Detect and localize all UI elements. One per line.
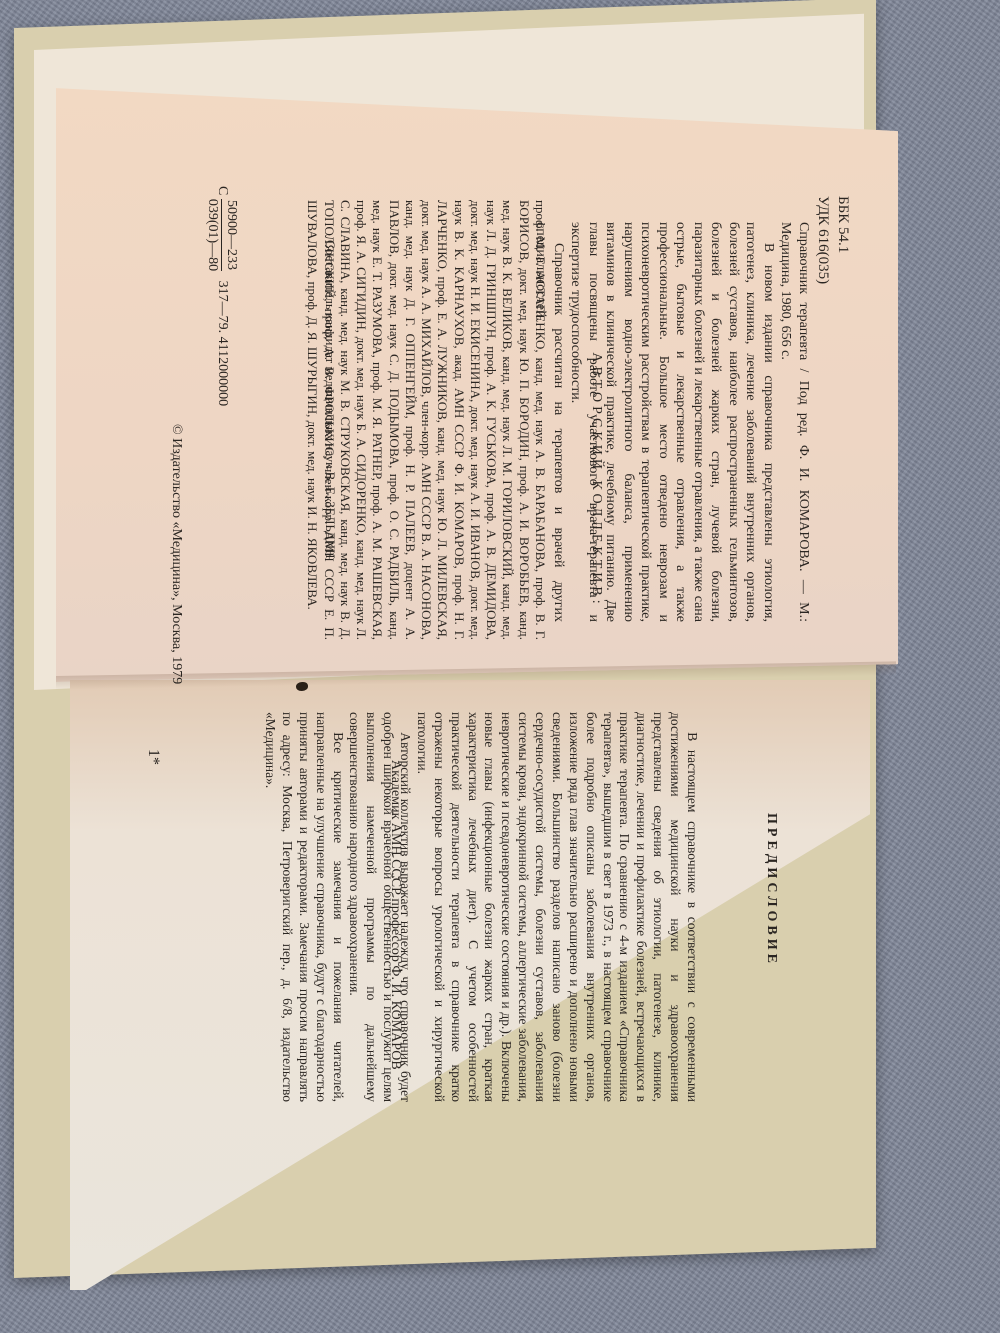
compiler-line: Составитель кандидат медицинских наук В.… <box>322 240 338 620</box>
bbk-code: ББК 54.1 <box>833 196 852 253</box>
code-tail: 317—79. 4112000000 <box>215 281 230 406</box>
code-fraction: 50900—233 039(01)—80 <box>204 199 240 271</box>
foreword-signature: Академик АМН СССР профессор Ф. И. КОМАРО… <box>387 760 405 1120</box>
foreword-heading: ПРЕДИСЛОВИЕ <box>763 770 781 1010</box>
code-denominator: 039(01)—80 <box>204 199 222 271</box>
code-letter: С <box>215 186 230 195</box>
annotation-block: Справочник терапевта / Под ред. Ф. И. КО… <box>532 222 812 622</box>
foreword-body: В настоящем справочнике в соответствии с… <box>261 712 700 1102</box>
udk-code: УДК 616(035) <box>813 196 832 284</box>
foreword-paragraph: В настоящем справочнике в соответствии с… <box>413 712 700 1102</box>
publication-codes: С 50900—233 039(01)—80 317—79. 411200000… <box>204 186 240 406</box>
code-numerator: 50900—233 <box>222 199 241 271</box>
bibliographic-entry: Справочник терапевта / Под ред. Ф. И. КО… <box>777 222 812 622</box>
author-collective-heading: АВТОРСКИЙ КОЛЛЕКТИВ: <box>588 330 606 630</box>
copyright-line: © Издательство «Медицина», Москва, 1979 <box>168 424 186 744</box>
author-collective-list: проф. М. Г. АСТАПЕНКО, канд. мед. наук А… <box>304 200 548 640</box>
ink-spot <box>296 682 308 691</box>
foreword-paragraph: Все критические замечания и пожелания чи… <box>261 712 345 1102</box>
signature-mark: 1* <box>144 749 162 765</box>
